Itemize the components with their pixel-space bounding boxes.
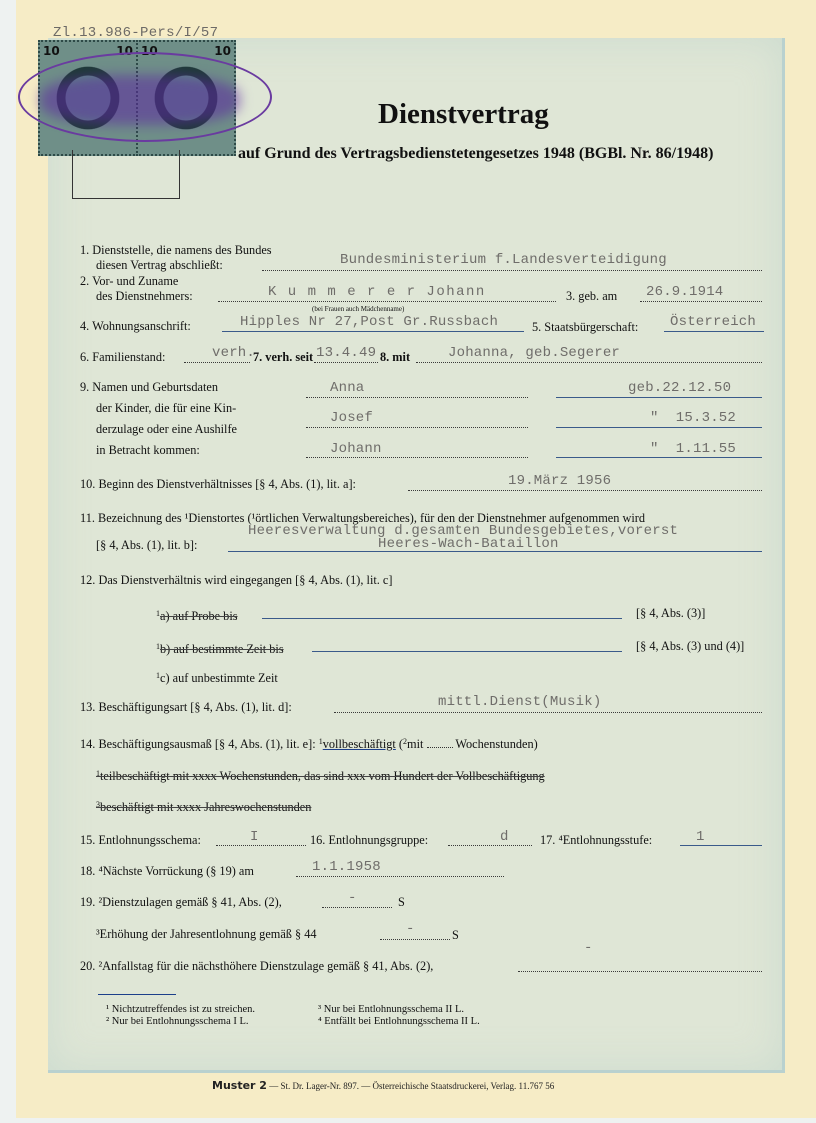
option-12b-ref: [§ 4, Abs. (3) und (4)] (636, 639, 744, 654)
print-footer: Muster 2 — St. Dr. Lager-Nr. 897. — Öste… (212, 1079, 554, 1092)
field-17-label: 17. ⁴Entlohnungsstufe: (540, 833, 652, 848)
field-9-label-3: derzulage oder eine Aushilfe (96, 422, 237, 437)
field-9-label-1: 9. Namen und Geburtsdaten (80, 380, 218, 395)
option-teilbeschaeftigt[interactable]: 1teilbeschäftigt mit xxxx Wochenstunden,… (96, 766, 545, 784)
field-10-label: 10. Beginn des Dienstverhältnisses [§ 4,… (80, 477, 356, 492)
option-12a[interactable]: 1a) auf Probe bis (156, 606, 238, 624)
field-7-value[interactable]: 13.4.49 (316, 345, 376, 361)
field-14-label: 14. Beschäftigungsausmaß [§ 4, Abs. (1),… (80, 734, 538, 752)
child-1-name[interactable]: Anna (330, 380, 364, 396)
footnote-3: ³ Nur bei Entlohnungsschema II L. (318, 1004, 464, 1016)
field-3-value[interactable]: 26.9.1914 (646, 284, 723, 300)
field-7-label: 7. verh. seit (253, 350, 313, 365)
form-id: Muster 2 (212, 1079, 267, 1092)
field-12-label: 12. Das Dienstverhältnis wird eingegange… (80, 573, 392, 588)
footnote-rule (98, 994, 176, 995)
document-title: Dienstvertrag (378, 98, 549, 131)
field-13-value[interactable]: mittl.Dienst(Musik) (438, 694, 601, 710)
option-12b[interactable]: 1b) auf bestimmte Zeit bis (156, 639, 284, 657)
field-19-value[interactable]: - (348, 890, 357, 906)
field-4-label: 4. Wohnungsanschrift: (80, 319, 191, 334)
field-5-value[interactable]: Österreich (670, 314, 756, 330)
field-13-label: 13. Beschäftigungsart [§ 4, Abs. (1), li… (80, 700, 292, 715)
field-9-label-4: in Betracht kommen: (96, 443, 200, 458)
stamp-ink-smear (40, 75, 240, 125)
field-2-label-1: 2. Vor- und Zuname (80, 274, 178, 289)
field-19b-label: ³Erhöhung der Jahresentlohnung gemäß § 4… (96, 927, 317, 942)
option-12a-ref: [§ 4, Abs. (3)] (636, 606, 705, 621)
field-11-label-2: [§ 4, Abs. (1), lit. b]: (96, 538, 197, 553)
child-3-name[interactable]: Johann (330, 441, 382, 457)
footnote-2: ² Nur bei Entlohnungsschema I L. (106, 1016, 249, 1028)
print-info: — St. Dr. Lager-Nr. 897. — Österreichisc… (269, 1081, 554, 1091)
field-17-value[interactable]: 1 (696, 829, 705, 845)
field-3-label: 3. geb. am (566, 289, 617, 304)
child-2-name[interactable]: Josef (330, 410, 373, 426)
option-jahreswochenstunden[interactable]: 3beschäftigt mit xxxx Jahreswochenstunde… (96, 797, 311, 815)
field-18-label: 18. ⁴Nächste Vorrückung (§ 19) am (80, 864, 254, 879)
field-11-value-2[interactable]: Heeres-Wach-Bataillon (378, 536, 559, 552)
field-15-label: 15. Entlohnungsschema: (80, 833, 201, 848)
stamp-box (72, 150, 180, 199)
document-subtitle: auf Grund des Vertragsbedienstetengesetz… (238, 145, 713, 163)
field-18-value[interactable]: 1.1.1958 (312, 859, 381, 875)
child-1-birth[interactable]: geb.22.12.50 (628, 380, 731, 396)
field-8-label: 8. mit (380, 350, 410, 365)
field-2-value[interactable]: K u m m e r e r Johann (268, 284, 486, 300)
field-19b-unit: S (452, 928, 459, 943)
option-vollbeschaeftigt[interactable]: vollbeschäftigt (323, 737, 396, 751)
field-1-label-2: diesen Vertrag abschließt: (96, 258, 223, 273)
field-2-label-2: des Dienstnehmers: (96, 289, 193, 304)
child-3-birth[interactable]: " 1.11.55 (650, 441, 736, 457)
field-19-label: 19. ²Dienstzulagen gemäß § 41, Abs. (2), (80, 895, 282, 910)
field-19-unit: S (398, 895, 405, 910)
reference-number: Zl.13.986-Pers/I/57 (53, 25, 218, 41)
option-12c[interactable]: 1c) auf unbestimmte Zeit (156, 668, 278, 686)
field-15-value[interactable]: I (250, 829, 259, 845)
field-5-label: 5. Staatsbürgerschaft: (532, 320, 638, 335)
footnote-1: ¹ Nichtzutreffendes ist zu streichen. (106, 1004, 255, 1016)
child-2-birth[interactable]: " 15.3.52 (650, 410, 736, 426)
field-10-value[interactable]: 19.März 1956 (508, 473, 611, 489)
field-6-label: 6. Familienstand: (80, 350, 165, 365)
field-8-value[interactable]: Johanna, geb.Segerer (448, 345, 620, 361)
field-4-value[interactable]: Hipples Nr 27,Post Gr.Russbach (240, 314, 498, 330)
field-16-value[interactable]: d (500, 829, 509, 845)
footnote-4: ⁴ Entfällt bei Entlohnungsschema II L. (318, 1016, 480, 1028)
field-9-label-2: der Kinder, die für eine Kin- (96, 401, 236, 416)
field-20-label: 20. ²Anfallstag für die nächsthöhere Die… (80, 959, 433, 974)
field-6-value[interactable]: verh. (212, 345, 255, 361)
field-1-label-1: 1. Dienststelle, die namens des Bundes (80, 243, 272, 258)
field-16-label: 16. Entlohnungsgruppe: (310, 833, 428, 848)
field-1-value[interactable]: Bundesministerium f.Landesverteidigung (340, 252, 667, 268)
field-20-value[interactable]: - (584, 940, 593, 956)
field-19b-value[interactable]: - (406, 921, 415, 937)
